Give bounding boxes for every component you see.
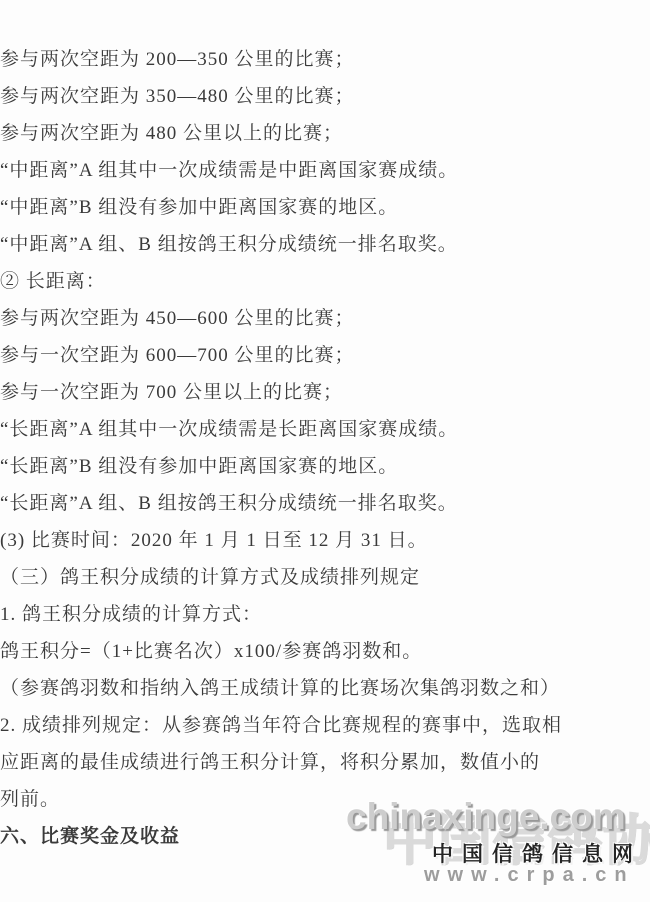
watermark-site-domain: chinaxinge.com	[346, 796, 626, 838]
doc-line: “中距离”A 组、B 组按鸽王积分成绩统一排名取奖。	[0, 226, 650, 263]
doc-line-numbered-item: ② 长距离：	[0, 263, 650, 300]
doc-line: “长距离”B 组没有参加中距离国家赛的地区。	[0, 448, 650, 485]
doc-line: 参与两次空距为 480 公里以上的比赛；	[0, 115, 650, 152]
doc-line: “中距离”A 组其中一次成绩需是中距离国家赛成绩。	[0, 152, 650, 189]
doc-line: “中距离”B 组没有参加中距离国家赛的地区。	[0, 189, 650, 226]
doc-line: “长距离”A 组其中一次成绩需是长距离国家赛成绩。	[0, 411, 650, 448]
doc-line: “长距离”A 组、B 组按鸽王积分成绩统一排名取奖。	[0, 485, 650, 522]
doc-line-formula: 鸽王积分=（1+比赛名次）x100/参赛鸽羽数和。	[0, 633, 650, 670]
doc-line-list-item: 2. 成绩排列规定：从参赛鸽当年符合比赛规程的赛事中，选取相	[0, 707, 650, 744]
doc-line: 参与两次空距为 450—600 公里的比赛；	[0, 300, 650, 337]
doc-line-list-item: 1. 鸽王积分成绩的计算方式：	[0, 596, 650, 633]
doc-line: 参与两次空距为 350—480 公里的比赛；	[0, 78, 650, 115]
document-page: 参与两次空距为 200—350 公里的比赛； 参与两次空距为 350—480 公…	[0, 0, 650, 902]
document-body: 参与两次空距为 200—350 公里的比赛； 参与两次空距为 350—480 公…	[0, 41, 650, 855]
doc-line: 参与一次空距为 600—700 公里的比赛；	[0, 337, 650, 374]
doc-line-section-title: （三）鸽王积分成绩的计算方式及成绩排列规定	[0, 559, 650, 596]
watermark-url: www.crpa.cn	[424, 864, 635, 887]
doc-line-continuation: 应距离的最佳成绩进行鸽王积分计算，将积分累加，数值小的	[0, 744, 650, 781]
doc-line-race-time: (3) 比赛时间：2020 年 1 月 1 日至 12 月 31 日。	[0, 522, 650, 559]
doc-line: 参与一次空距为 700 公里以上的比赛；	[0, 374, 650, 411]
doc-line: 参与两次空距为 200—350 公里的比赛；	[0, 41, 650, 78]
doc-line-note: （参赛鸽羽数和指纳入鸽王成绩计算的比赛场次集鸽羽数之和）	[0, 670, 650, 707]
